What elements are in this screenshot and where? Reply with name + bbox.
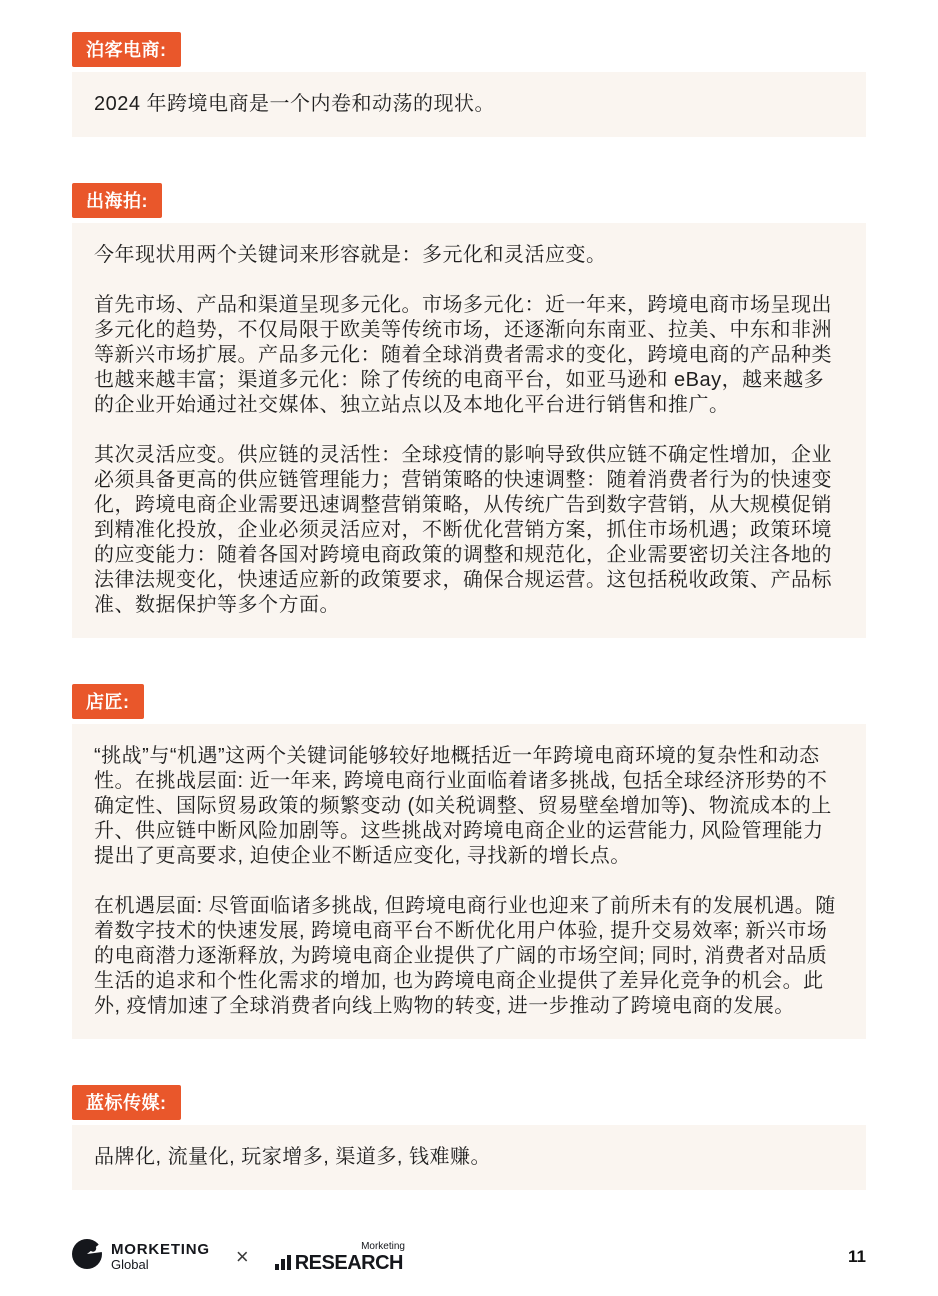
- report-page: 泊客电商: 2024 年跨境电商是一个内卷和动荡的现状。 出海拍: 今年现状用两…: [0, 0, 938, 1296]
- quote-paragraph: 其次灵活应变。供应链的灵活性：全球疫情的影响导致供应链不确定性增加，企业必须具备…: [94, 443, 844, 618]
- section-boke-ecommerce: 泊客电商: 2024 年跨境电商是一个内卷和动荡的现状。: [72, 32, 866, 137]
- section-badge: 泊客电商:: [72, 32, 181, 67]
- quote-paragraph: 今年现状用两个关键词来形容就是：多元化和灵活应变。: [94, 243, 844, 268]
- section-badge: 出海拍:: [72, 183, 162, 218]
- quote-paragraph: 品牌化, 流量化, 玩家增多, 渠道多, 钱难赚。: [94, 1145, 844, 1170]
- section-bluefocus: 蓝标传媒: 品牌化, 流量化, 玩家增多, 渠道多, 钱难赚。: [72, 1085, 866, 1190]
- morketing-g-icon: [72, 1239, 102, 1274]
- morketing-global-logo: MORKETING Global: [72, 1239, 210, 1274]
- page-content: 泊客电商: 2024 年跨境电商是一个内卷和动荡的现状。 出海拍: 今年现状用两…: [0, 0, 938, 1190]
- quote-paragraph: 在机遇层面: 尽管面临诸多挑战, 但跨境电商行业也迎来了前所未有的发展机遇。随着…: [94, 894, 844, 1019]
- section-quote-box: 今年现状用两个关键词来形容就是：多元化和灵活应变。 首先市场、产品和渠道呈现多元…: [72, 223, 866, 638]
- bar-chart-icon: [275, 1255, 291, 1273]
- page-footer: MORKETING Global × Morketing RESEARCH 11: [72, 1239, 866, 1274]
- section-quote-box: 品牌化, 流量化, 玩家增多, 渠道多, 钱难赚。: [72, 1125, 866, 1190]
- quote-paragraph: “挑战”与“机遇”这两个关键词能够较好地概括近一年跨境电商环境的复杂性和动态性。…: [94, 744, 844, 869]
- section-dianjiang: 店匠: “挑战”与“机遇”这两个关键词能够较好地概括近一年跨境电商环境的复杂性和…: [72, 684, 866, 1039]
- research-label: RESEARCH: [295, 1253, 403, 1273]
- cross-separator-icon: ×: [236, 1244, 249, 1270]
- morketing-research-logo: Morketing RESEARCH: [275, 1241, 403, 1273]
- section-quote-box: “挑战”与“机遇”这两个关键词能够较好地概括近一年跨境电商环境的复杂性和动态性。…: [72, 724, 866, 1039]
- quote-paragraph: 首先市场、产品和渠道呈现多元化。市场多元化：近一年来，跨境电商市场呈现出多元化的…: [94, 293, 844, 418]
- quote-paragraph: 2024 年跨境电商是一个内卷和动荡的现状。: [94, 92, 844, 117]
- page-number: 11: [848, 1247, 866, 1267]
- morketing-global-wordmark: MORKETING Global: [111, 1242, 210, 1271]
- section-quote-box: 2024 年跨境电商是一个内卷和动荡的现状。: [72, 72, 866, 137]
- section-badge: 店匠:: [72, 684, 144, 719]
- morketing-label: MORKETING: [111, 1242, 210, 1258]
- morketing-superscript-label: Morketing: [361, 1241, 405, 1252]
- section-badge: 蓝标传媒:: [72, 1085, 181, 1120]
- section-chuhaipai: 出海拍: 今年现状用两个关键词来形容就是：多元化和灵活应变。 首先市场、产品和渠…: [72, 183, 866, 638]
- footer-logos: MORKETING Global × Morketing RESEARCH: [72, 1239, 403, 1274]
- global-label: Global: [111, 1258, 210, 1272]
